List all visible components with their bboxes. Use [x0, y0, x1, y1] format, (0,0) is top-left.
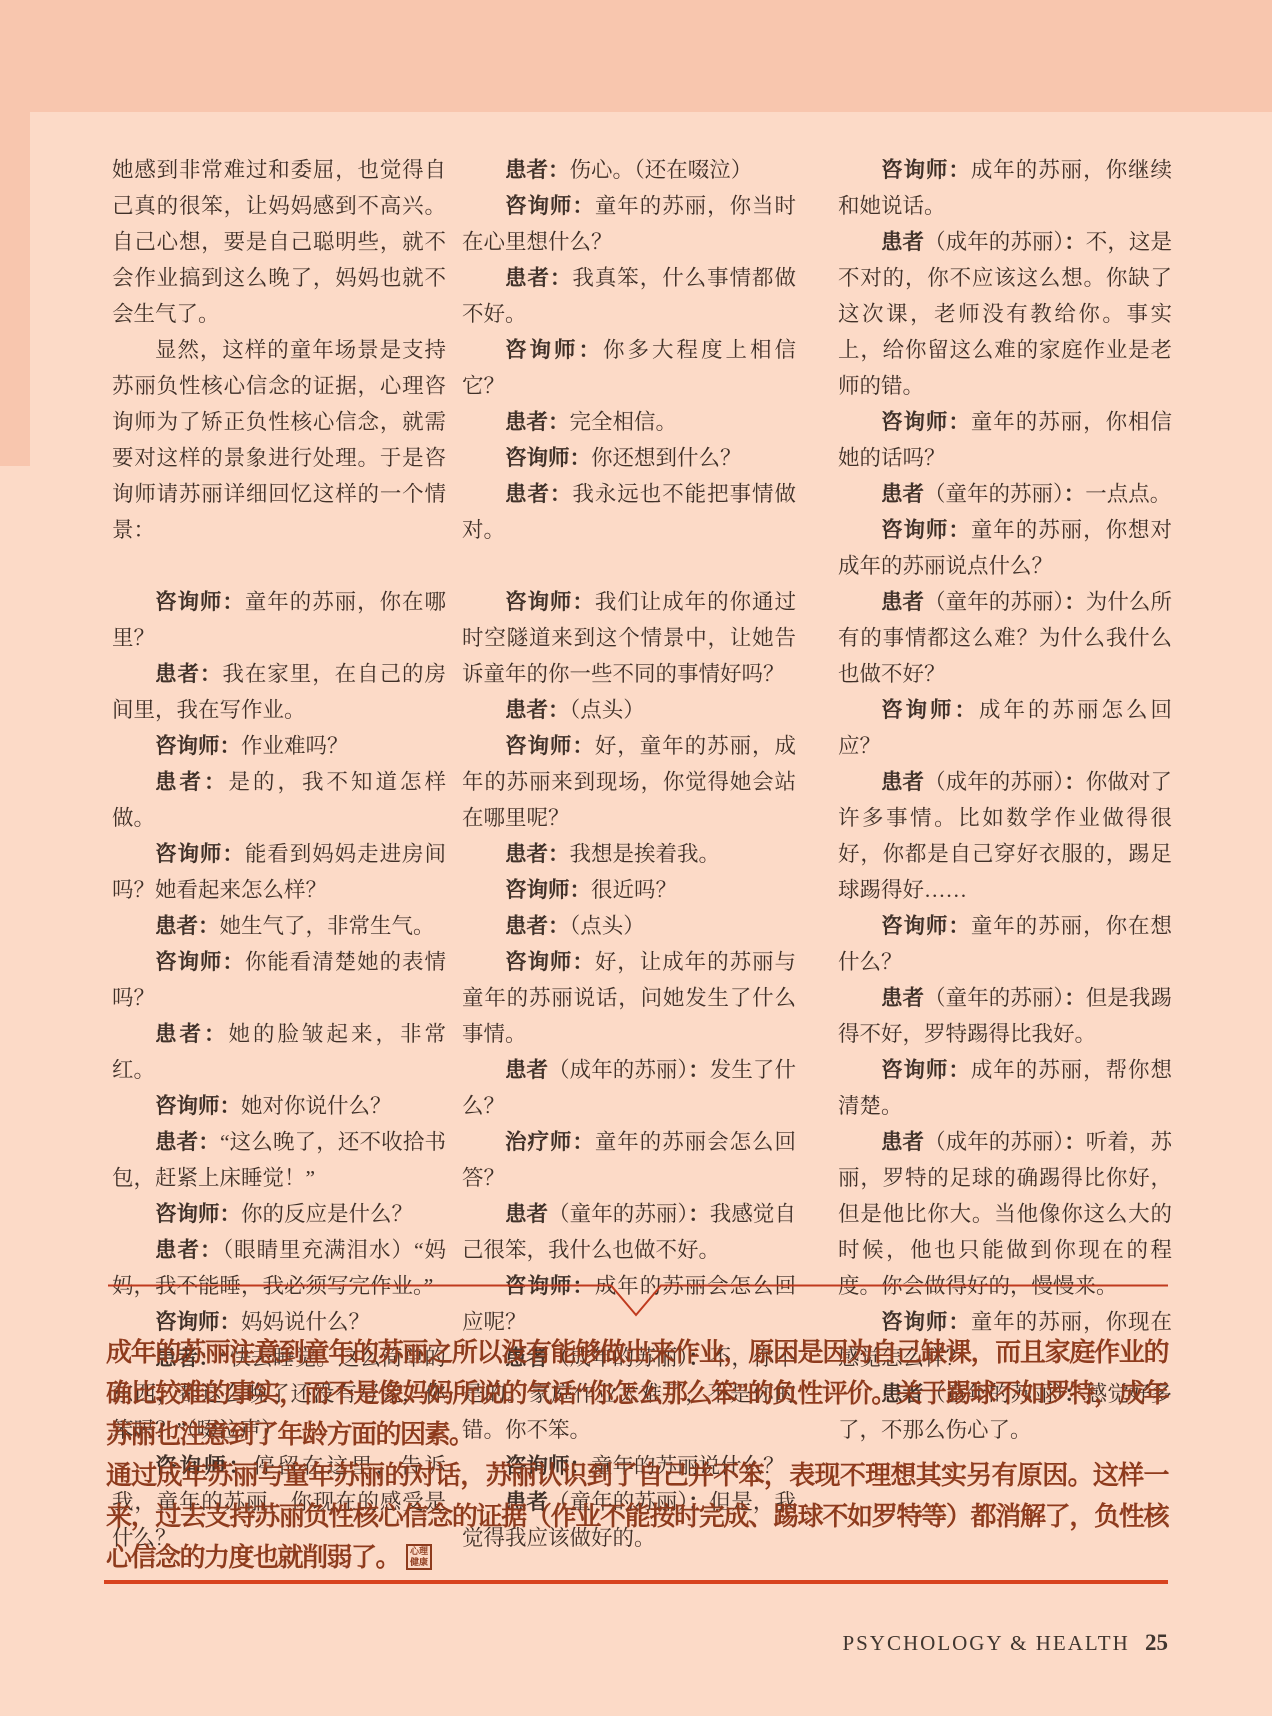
speaker-colon: ： — [220, 1094, 242, 1118]
speaker-label: 咨询师 — [881, 410, 948, 434]
speaker-label: 咨询师 — [155, 1094, 220, 1118]
speaker-label: 患者 — [155, 1130, 198, 1154]
dialogue-turn: 咨询师：成年的苏丽怎么回应？ — [838, 692, 1172, 764]
speaker-colon: ： — [220, 1202, 242, 1226]
dialogue-turn: 患者：我想是挨着我。 — [462, 836, 796, 872]
speaker-colon: ： — [204, 770, 229, 794]
dialogue-text: 不，这是不对的，你不应该这么想。你缺了这次课，老师没有教给你。事实上，给你留这么… — [838, 230, 1172, 398]
magazine-page: 她感到非常难过和委屈，也觉得自己真的很笨，让妈妈感到不高兴。自己心想，要是自己聪… — [0, 0, 1272, 1716]
speaker-label: 咨询师 — [155, 734, 220, 758]
dialogue-turn: 咨询师：你的反应是什么？ — [112, 1196, 446, 1232]
speaker-label: 患者 — [505, 914, 548, 938]
journal-name: PSYCHOLOGY & HEALTH — [842, 1631, 1129, 1655]
speaker-colon: ： — [550, 266, 572, 290]
dialogue-turn: 咨询师：童年的苏丽，你当时在心里想什么？ — [462, 188, 796, 260]
speaker-colon: ： — [572, 734, 594, 758]
top-color-band — [0, 0, 1272, 112]
speaker-label: 咨询师 — [505, 194, 572, 218]
dialogue-turn: 咨询师：你多大程度上相信它？ — [462, 332, 796, 404]
speaker-label: 咨询师 — [505, 590, 572, 614]
speaker-role-label: （童年的苏丽） — [924, 986, 1064, 1010]
speaker-colon: ： — [1064, 590, 1086, 614]
speaker-colon: ： — [198, 914, 220, 938]
speaker-colon: ： — [548, 410, 570, 434]
dialogue-turn: 患者：她生气了，非常生气。 — [112, 908, 446, 944]
dialogue-text: 她对你说什么？ — [241, 1094, 392, 1118]
speaker-label: 患者 — [505, 698, 548, 722]
dialogue-turn: 咨询师：她对你说什么？ — [112, 1088, 446, 1124]
speaker-colon: ： — [548, 158, 570, 182]
speaker-role-label: （童年的苏丽） — [924, 590, 1064, 614]
speaker-colon: ： — [579, 338, 604, 362]
speaker-colon: ： — [550, 482, 572, 506]
speaker-label: 患者 — [155, 662, 200, 686]
speaker-label: 咨询师 — [505, 950, 572, 974]
speaker-label: 患者 — [505, 1202, 548, 1226]
speaker-label: 咨询师 — [505, 338, 579, 362]
dialogue-text: 很近吗？ — [591, 878, 677, 902]
dialogue-turn: 咨询师：童年的苏丽，你想对成年的苏丽说点什么？ — [838, 512, 1172, 584]
speaker-colon: ： — [572, 194, 594, 218]
speaker-label: 患者 — [881, 770, 924, 794]
speaker-colon: ： — [1064, 986, 1086, 1010]
text-column-3: 咨询师：成年的苏丽，你继续和她说话。患者（成年的苏丽）：不，这是不对的，你不应该… — [838, 152, 1172, 1448]
dialogue-text: （点头） — [570, 914, 645, 938]
dialogue-turn: 咨询师：能看到妈妈走进房间吗？她看起来怎么样？ — [112, 836, 446, 908]
dialogue-turn: 咨询师：成年的苏丽，帮你想清楚。 — [838, 1052, 1172, 1124]
speaker-label: 患者 — [881, 590, 924, 614]
dialogue-turn: 咨询师：作业难吗？ — [112, 728, 446, 764]
speaker-label: 咨询师 — [155, 1202, 220, 1226]
end-of-article-seal-icon: 心理健康 — [406, 1544, 432, 1570]
dialogue-turn: 咨询师：你能看清楚她的表情吗？ — [112, 944, 446, 1016]
speaker-label: 患者 — [881, 230, 924, 254]
speaker-label: 咨询师 — [505, 878, 570, 902]
speaker-colon: ： — [548, 698, 570, 722]
narrative-paragraph: 显然，这样的童年场景是支持苏丽负性核心信念的证据，心理咨询师为了矫正负性核心信念… — [112, 332, 446, 548]
footer-rule — [104, 1580, 1168, 1584]
speaker-label: 患者 — [505, 482, 550, 506]
dialogue-turn: 患者（童年的苏丽）：为什么所有的事情都这么难？为什么我什么也做不好？ — [838, 584, 1172, 692]
speaker-label: 咨询师 — [505, 446, 570, 470]
speaker-role-label: （童年的苏丽） — [924, 482, 1064, 506]
speaker-colon: ： — [688, 1058, 710, 1082]
speaker-colon: ： — [548, 842, 570, 866]
speaker-label: 咨询师 — [881, 158, 948, 182]
dialogue-turn: 患者（成年的苏丽）：你做对了许多事情。比如数学作业做得很好，你都是自己穿好衣服的… — [838, 764, 1172, 908]
page-footer: PSYCHOLOGY & HEALTH 25 — [842, 1630, 1168, 1656]
speaker-label: 咨询师 — [881, 698, 955, 722]
summary-paragraph: 通过成年苏丽与童年苏丽的对话，苏丽认识到了自己并不笨，表现不理想其实另有原因。这… — [106, 1455, 1168, 1578]
dialogue-turn: 咨询师：童年的苏丽，你在想什么？ — [838, 908, 1172, 980]
summary-paragraph: 成年的苏丽注意到童年的苏丽之所以没有能够做出来作业，原因是因为自己缺课，而且家庭… — [106, 1332, 1168, 1455]
dialogue-text: 她生气了，非常生气。 — [220, 914, 435, 938]
speaker-label: 咨询师 — [881, 914, 948, 938]
speaker-colon: ： — [688, 1202, 710, 1226]
dialogue-turn: 咨询师：童年的苏丽，你相信她的话吗？ — [838, 404, 1172, 476]
speaker-colon: ： — [955, 698, 980, 722]
dialogue-turn: 患者（成年的苏丽）：不，这是不对的，你不应该这么想。你缺了这次课，老师没有教给你… — [838, 224, 1172, 404]
speaker-label: 患者 — [881, 1130, 924, 1154]
speaker-colon: ： — [548, 914, 570, 938]
speaker-label: 咨询师 — [881, 1058, 948, 1082]
speaker-colon: ： — [1064, 1130, 1086, 1154]
speaker-label: 患者 — [155, 770, 204, 794]
speaker-colon: ： — [200, 662, 222, 686]
dialogue-turn: 患者：（点头） — [462, 692, 796, 728]
dialogue-turn: 患者（童年的苏丽）：我感觉自己很笨，我什么也做不好。 — [462, 1196, 796, 1268]
speaker-colon: ： — [948, 518, 970, 542]
speaker-colon: ： — [572, 590, 594, 614]
speaker-colon: ： — [572, 1130, 594, 1154]
dialogue-text: 完全相信。 — [570, 410, 678, 434]
speaker-colon: ： — [948, 914, 970, 938]
speaker-colon: ： — [948, 410, 970, 434]
speaker-colon: ： — [222, 950, 244, 974]
dialogue-text: 你还想到什么？ — [591, 446, 742, 470]
speaker-label: 患者 — [155, 1022, 204, 1046]
dialogue-text: （点头） — [570, 698, 645, 722]
section-divider-notch — [108, 1284, 1168, 1322]
speaker-label: 咨询师 — [155, 842, 222, 866]
dialogue-turn: 咨询师：好，童年的苏丽，成年的苏丽来到现场，你觉得她会站在哪里呢？ — [462, 728, 796, 836]
dialogue-turn: 患者：“这么晚了，还不收拾书包，赶紧上床睡觉！” — [112, 1124, 446, 1196]
dialogue-turn: 患者：（点头） — [462, 908, 796, 944]
dialogue-turn: 患者：是的，我不知道怎样做。 — [112, 764, 446, 836]
speaker-label: 患者 — [505, 410, 548, 434]
speaker-label: 咨询师 — [155, 590, 222, 614]
speaker-colon: ： — [220, 734, 242, 758]
dialogue-turn: 治疗师：童年的苏丽会怎么回答？ — [462, 1124, 796, 1196]
speaker-label: 患者 — [155, 914, 198, 938]
dialogue-turn: 患者：她的脸皱起来，非常红。 — [112, 1016, 446, 1088]
speaker-role-label: （成年的苏丽） — [924, 770, 1064, 794]
speaker-role-label: （童年的苏丽） — [548, 1202, 688, 1226]
dialogue-turn: 咨询师：你还想到什么？ — [462, 440, 796, 476]
speaker-colon: ： — [200, 1238, 222, 1262]
speaker-colon: ： — [570, 446, 592, 470]
dialogue-text: 听着，苏丽，罗特的足球的确踢得比你好，但是他比你大。当他像你这么大的时候，他也只… — [838, 1130, 1172, 1298]
speaker-label: 咨询师 — [155, 950, 222, 974]
page-number: 25 — [1145, 1630, 1168, 1655]
dialogue-turn: 患者：我在家里，在自己的房间里，我在写作业。 — [112, 656, 446, 728]
speaker-label: 患者 — [505, 1058, 548, 1082]
speaker-colon: ： — [222, 590, 244, 614]
speaker-label: 咨询师 — [505, 734, 572, 758]
speaker-label: 患者 — [505, 842, 548, 866]
dialogue-turn: 患者（童年的苏丽）：但是我踢得不好，罗特踢得比我好。 — [838, 980, 1172, 1052]
speaker-label: 患者 — [505, 266, 550, 290]
dialogue-turn: 患者：我永远也不能把事情做对。 — [462, 476, 796, 548]
left-color-band — [0, 0, 30, 466]
speaker-label: 患者 — [881, 482, 924, 506]
dialogue-text: 作业难吗？ — [241, 734, 349, 758]
speaker-role-label: （成年的苏丽） — [548, 1058, 688, 1082]
speaker-colon: ： — [1064, 770, 1086, 794]
dialogue-turn: 咨询师：成年的苏丽，你继续和她说话。 — [838, 152, 1172, 224]
dialogue-text: 我想是挨着我。 — [570, 842, 721, 866]
speaker-colon: ： — [222, 842, 244, 866]
speaker-colon: ： — [204, 1022, 229, 1046]
speaker-colon: ： — [1064, 230, 1086, 254]
dialogue-turn: 患者（成年的苏丽）：听着，苏丽，罗特的足球的确踢得比你好，但是他比你大。当他像你… — [838, 1124, 1172, 1304]
dialogue-turn: 患者：伤心。（还在啜泣） — [462, 152, 796, 188]
speaker-colon: ： — [572, 950, 594, 974]
dialogue-turn: 患者（童年的苏丽）：一点点。 — [838, 476, 1172, 512]
dialogue-turn: 咨询师：童年的苏丽，你在哪里？ — [112, 584, 446, 656]
summary-block: 成年的苏丽注意到童年的苏丽之所以没有能够做出来作业，原因是因为自己缺课，而且家庭… — [106, 1332, 1168, 1578]
speaker-colon: ： — [198, 1130, 220, 1154]
speaker-label: 患者 — [505, 158, 548, 182]
dialogue-turn: 咨询师：好，让成年的苏丽与童年的苏丽说话，问她发生了什么事情。 — [462, 944, 796, 1052]
speaker-label: 患者 — [155, 1238, 200, 1262]
speaker-colon: ： — [570, 878, 592, 902]
speaker-label: 患者 — [881, 986, 924, 1010]
speaker-colon: ： — [948, 1058, 970, 1082]
speaker-colon: ： — [948, 158, 970, 182]
dialogue-turn: 患者（成年的苏丽）：发生了什么？ — [462, 1052, 796, 1124]
speaker-label: 治疗师 — [505, 1130, 572, 1154]
dialogue-turn: 患者：完全相信。 — [462, 404, 796, 440]
dialogue-turn: 咨询师：我们让成年的你通过时空隧道来到这个情景中，让她告诉童年的你一些不同的事情… — [462, 584, 796, 692]
dialogue-text: 伤心。（还在啜泣） — [570, 158, 753, 182]
dialogue-turn: 患者：我真笨，什么事情都做不好。 — [462, 260, 796, 332]
narrative-paragraph: 她感到非常难过和委屈，也觉得自己真的很笨，让妈妈感到不高兴。自己心想，要是自己聪… — [112, 152, 446, 332]
speaker-colon: ： — [1064, 482, 1086, 506]
speaker-role-label: （成年的苏丽） — [924, 1130, 1064, 1154]
dialogue-text: 一点点。 — [1085, 482, 1171, 506]
dialogue-turn: 咨询师：很近吗？ — [462, 872, 796, 908]
speaker-role-label: （成年的苏丽） — [924, 230, 1064, 254]
speaker-label: 咨询师 — [881, 518, 948, 542]
dialogue-text: 你的反应是什么？ — [241, 1202, 413, 1226]
